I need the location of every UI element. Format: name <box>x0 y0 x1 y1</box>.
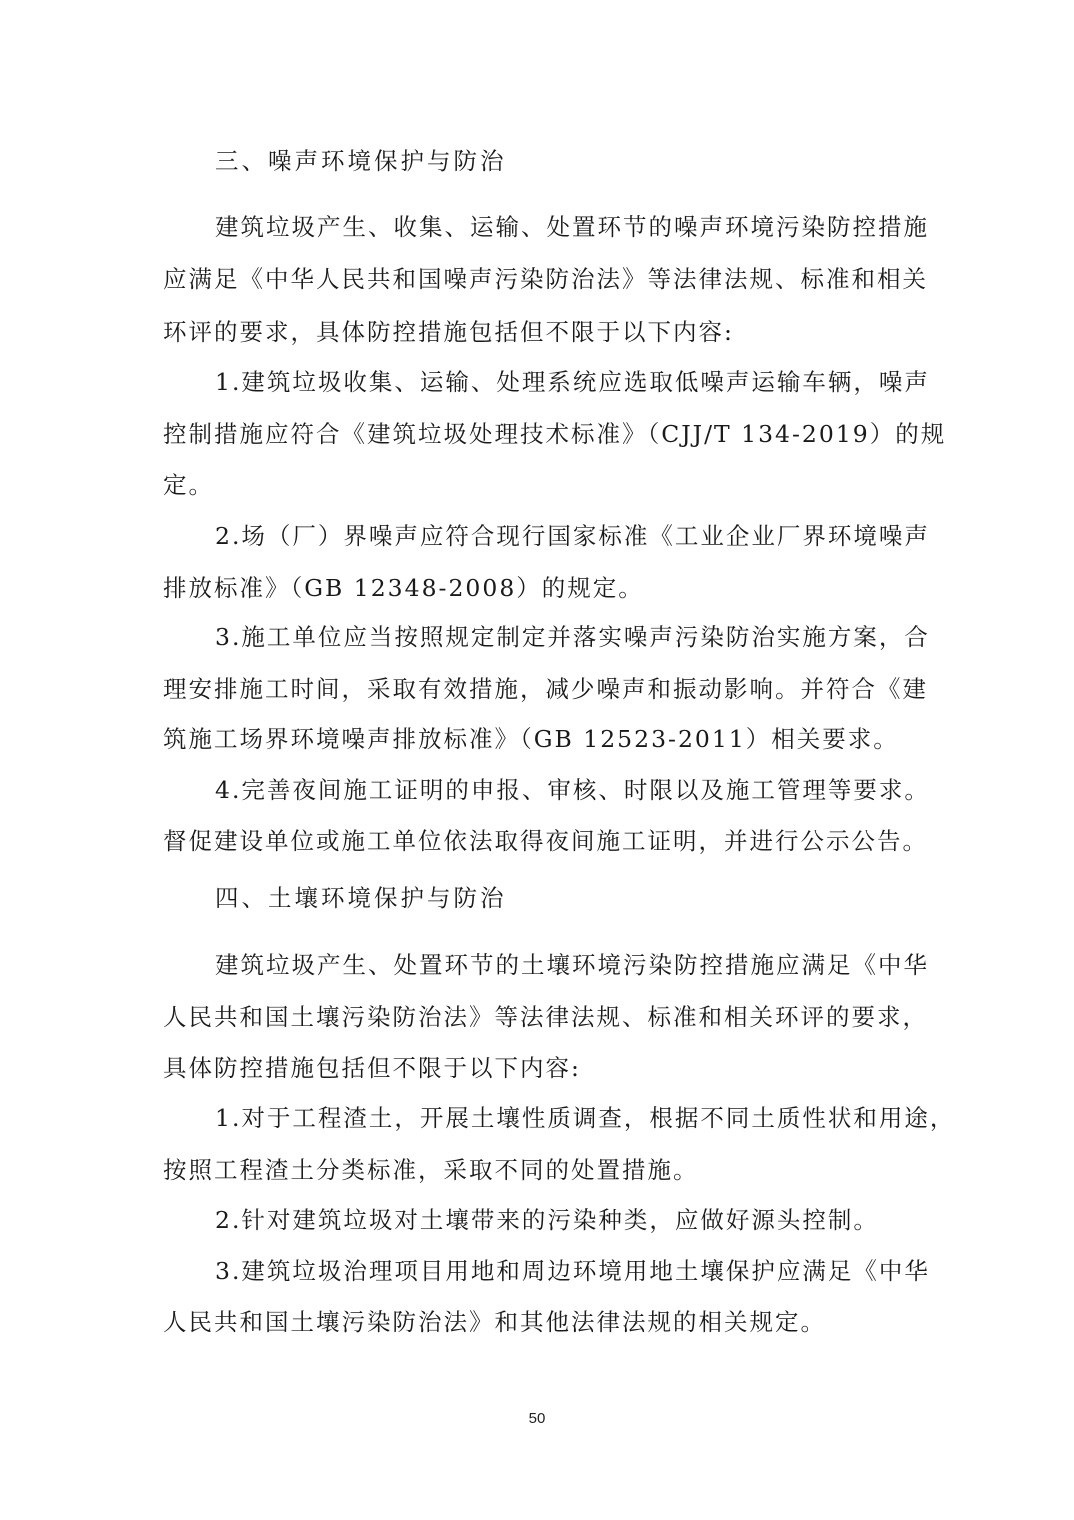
list-item-line: 按照工程渣土分类标准，采取不同的处置措施。 <box>163 1155 699 1185</box>
paragraph-line: 应满足《中华人民共和国噪声污染防治法》等法律法规、标准和相关 <box>163 264 913 294</box>
paragraph-line: 人民共和国土壤污染防治法》等法律法规、标准和相关环评的要求， <box>163 1002 913 1032</box>
list-item-line: 4.完善夜间施工证明的申报、审核、时限以及施工管理等要求。 <box>215 775 913 805</box>
list-item-line: 控制措施应符合《建筑垃圾处理技术标准》（CJJ/T 134-2019）的规 <box>163 419 913 449</box>
list-item-line: 2.场（厂）界噪声应符合现行国家标准《工业企业厂界环境噪声 <box>215 521 913 551</box>
list-item-line: 3.施工单位应当按照规定制定并落实噪声污染防治实施方案，合 <box>215 622 913 652</box>
section-heading-noise: 三、噪声环境保护与防治 <box>215 146 507 176</box>
list-item-line: 筑施工场界环境噪声排放标准》（GB 12523-2011）相关要求。 <box>163 724 899 754</box>
page-number: 50 <box>0 1410 1074 1427</box>
list-item-line: 排放标准》（GB 12348-2008）的规定。 <box>163 573 644 603</box>
paragraph-line: 建筑垃圾产生、收集、运输、处置环节的噪声环境污染防控措施 <box>215 212 913 242</box>
section-heading-soil: 四、土壤环境保护与防治 <box>215 883 507 913</box>
list-item-line: 1.对于工程渣土，开展土壤性质调查，根据不同土质性状和用途， <box>215 1103 913 1133</box>
list-item-line: 理安排施工时间，采取有效措施，减少噪声和振动影响。并符合《建 <box>163 674 913 704</box>
list-item-line: 1.建筑垃圾收集、运输、处理系统应选取低噪声运输车辆，噪声 <box>215 367 913 397</box>
list-item-line: 人民共和国土壤污染防治法》和其他法律法规的相关规定。 <box>163 1307 826 1337</box>
paragraph-line: 具体防控措施包括但不限于以下内容: <box>163 1053 581 1083</box>
list-item-line: 3.建筑垃圾治理项目用地和周边环境用地土壤保护应满足《中华 <box>215 1256 913 1286</box>
paragraph-line: 环评的要求，具体防控措施包括但不限于以下内容: <box>163 317 734 347</box>
list-item-line: 2.针对建筑垃圾对土壤带来的污染种类，应做好源头控制。 <box>215 1205 879 1235</box>
list-item-line: 定。 <box>163 470 214 500</box>
list-item-line: 督促建设单位或施工单位依法取得夜间施工证明，并进行公示公告。 <box>163 826 913 856</box>
paragraph-line: 建筑垃圾产生、处置环节的土壤环境污染防控措施应满足《中华 <box>215 950 913 980</box>
